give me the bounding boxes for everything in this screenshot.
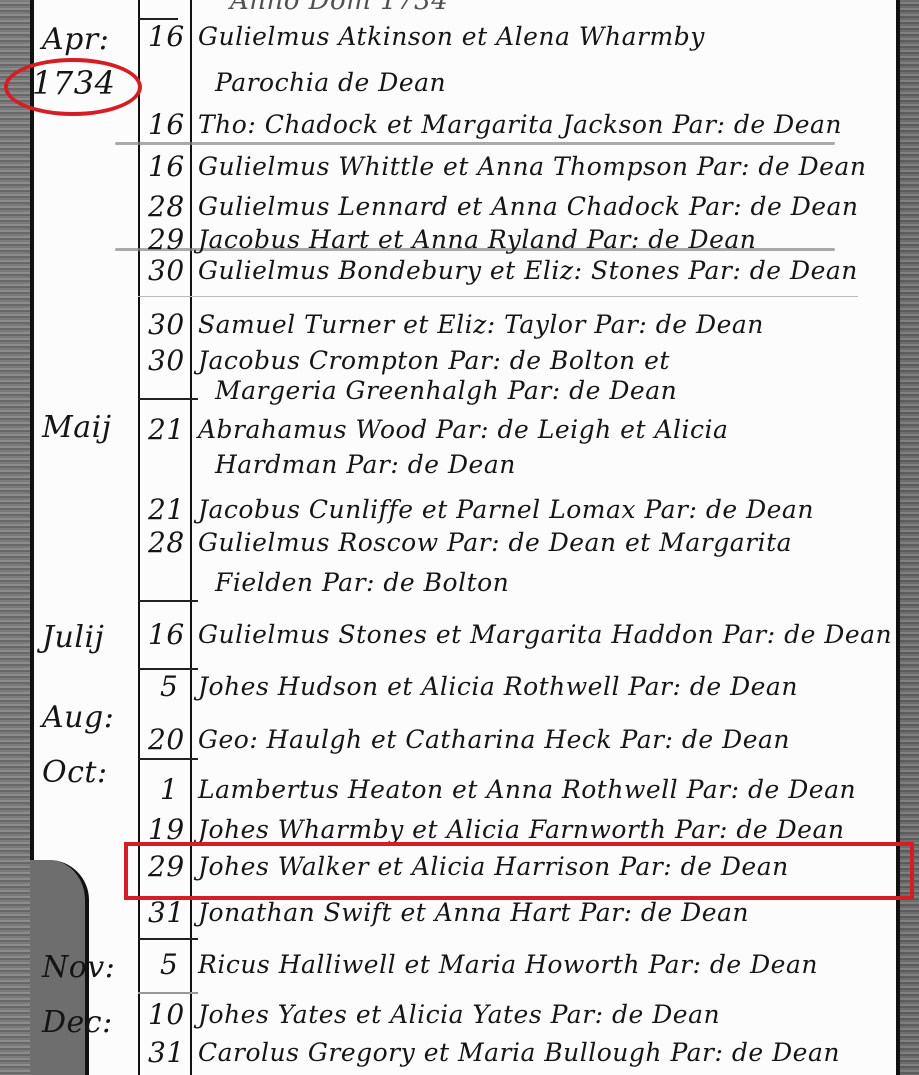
entry-day: 30	[148, 308, 185, 341]
marriage-entry: Jacobus Hart et Anna Ryland Par: de Dean	[198, 225, 756, 254]
marriage-entry: Geo: Haulgh et Catharina Heck Par: de De…	[198, 725, 790, 754]
marriage-entry: Abrahamus Wood Par: de Leigh et Alicia	[198, 415, 728, 444]
row-rule	[138, 296, 858, 297]
marriage-entry: Tho: Chadock et Margarita Jackson Par: d…	[198, 110, 842, 139]
marriage-entry: Johes Yates et Alicia Yates Par: de Dean	[198, 1000, 720, 1029]
marriage-entry: Gulielmus Whittle et Anna Thompson Par: …	[198, 152, 866, 181]
entry-continuation: Margeria Greenhalgh Par: de Dean	[215, 376, 677, 405]
entry-day: 29	[148, 223, 185, 256]
row-rule	[138, 938, 198, 940]
marriage-entry: Jacobus Cunliffe et Parnel Lomax Par: de…	[198, 495, 814, 524]
entry-day: 28	[148, 190, 185, 223]
entry-continuation: Hardman Par: de Dean	[215, 450, 516, 479]
month-label: Dec:	[42, 1005, 113, 1040]
month-label: Nov:	[42, 950, 115, 985]
month-column-divider	[138, 0, 140, 1075]
marriage-entry: Gulielmus Lennard et Anna Chadock Par: d…	[198, 192, 859, 221]
entry-day: 1	[160, 773, 178, 806]
entry-day: 31	[148, 896, 185, 929]
overlay-strip-top	[115, 142, 835, 145]
entry-day: 30	[148, 254, 185, 287]
entry-day: 30	[148, 344, 185, 377]
entry-day: 5	[160, 948, 178, 981]
marriage-entry: Carolus Gregory et Maria Bullough Par: d…	[198, 1038, 840, 1067]
marriage-entry: Ricus Halliwell et Maria Howorth Par: de…	[198, 950, 818, 979]
marriage-entry: Lambertus Heaton et Anna Rothwell Par: d…	[198, 775, 856, 804]
entry-day: 20	[148, 723, 185, 756]
month-label: Apr:	[42, 22, 109, 57]
marriage-entry: Gulielmus Atkinson et Alena Wharmby	[198, 22, 705, 51]
month-label: Oct:	[42, 755, 108, 790]
month-label: Maij	[42, 410, 112, 445]
marriage-entry: Jacobus Crompton Par: de Bolton et	[198, 346, 670, 375]
entry-continuation: Fielden Par: de Bolton	[215, 568, 509, 597]
entry-day: 21	[148, 493, 185, 526]
marriage-entry: Johes Wharmby et Alicia Farnworth Par: d…	[198, 815, 844, 844]
day-column-divider	[190, 0, 192, 1075]
entry-day: 16	[148, 150, 185, 183]
marriage-entry: Gulielmus Bondebury et Eliz: Stones Par:…	[198, 256, 858, 285]
row-rule	[138, 600, 198, 602]
marriage-entry: Johes Hudson et Alicia Rothwell Par: de …	[198, 672, 798, 701]
row-rule	[138, 992, 198, 994]
entry-day: 16	[148, 618, 185, 651]
entry-day: 16	[148, 108, 185, 141]
header-fragment: Anno Dom 1734	[230, 0, 448, 16]
month-label: Aug:	[42, 700, 114, 735]
year-annotation: 1734	[32, 64, 115, 102]
marriage-entry: Gulielmus Stones et Margarita Haddon Par…	[198, 620, 892, 649]
row-rule	[138, 758, 198, 760]
entry-day: 28	[148, 526, 185, 559]
entry-day: 5	[160, 670, 178, 703]
marriage-entry: Jonathan Swift et Anna Hart Par: de Dean	[198, 898, 749, 927]
entry-day: 21	[148, 413, 185, 446]
entry-day: 31	[148, 1036, 185, 1069]
month-label: Julij	[42, 620, 104, 655]
entry-day: 10	[148, 998, 185, 1031]
marriage-entry: Gulielmus Roscow Par: de Dean et Margari…	[198, 528, 792, 557]
entry-day: 16	[148, 20, 185, 53]
highlighted-entry-box	[124, 842, 914, 900]
entry-continuation: Parochia de Dean	[215, 68, 446, 97]
row-rule	[138, 398, 198, 400]
marriage-entry: Samuel Turner et Eliz: Taylor Par: de De…	[198, 310, 764, 339]
